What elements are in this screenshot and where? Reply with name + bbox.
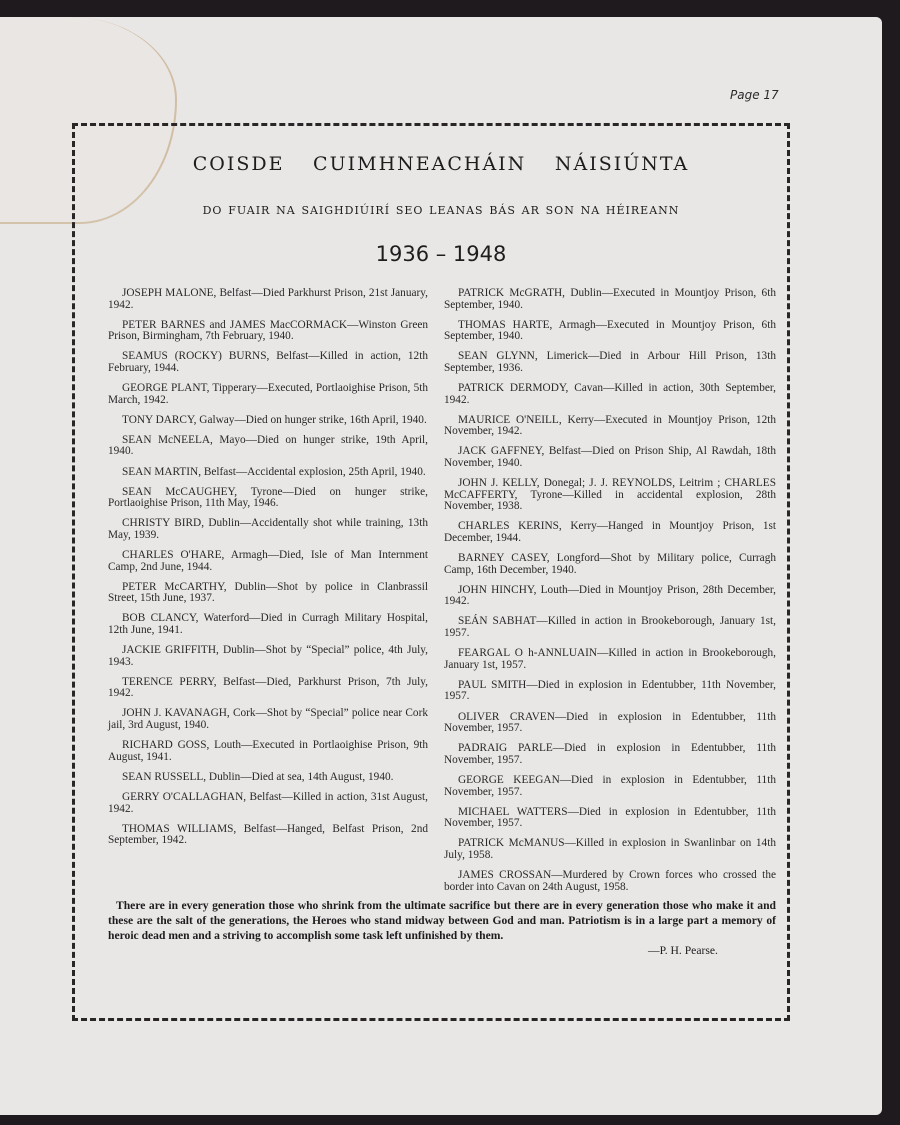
page-number: Page 17 [730,88,779,102]
memorial-entry: SEAN McNEELA, Mayo—Died on hunger strike… [108,435,428,458]
memorial-entry: SEÁN SABHAT—Killed in action in Brookebo… [444,616,776,639]
memorial-entry: CHARLES O'HARE, Armagh—Died, Isle of Man… [108,550,428,573]
memorial-entry: JOHN J. KAVANAGH, Cork—Shot by “Special”… [108,708,428,731]
memorial-entry: CHARLES KERINS, Kerry—Hanged in Mountjoy… [444,521,776,544]
memorial-list-right: PATRICK McGRATH, Dublin—Executed in Moun… [444,288,776,902]
year-range: 1936 – 1948 [0,242,882,266]
memorial-entry: PATRICK McMANUS—Killed in explosion in S… [444,838,776,861]
page-title: Coisde Cuimhneacháin Náisiúnta [0,146,882,177]
page-subtitle: Do fuair na saighdiúirí seo leanas bás a… [0,200,882,218]
memorial-entry: MICHAEL WATTERS—Died in explosion in Ede… [444,807,776,830]
memorial-entry: JOHN J. KELLY, Donegal; J. J. REYNOLDS, … [444,478,776,513]
memorial-entry: GEORGE PLANT, Tipperary—Executed, Portla… [108,383,428,406]
memorial-entry: TERENCE PERRY, Belfast—Died, Parkhurst P… [108,677,428,700]
memorial-entry: SEAN MARTIN, Belfast—Accidental explosio… [108,467,428,479]
memorial-entry: TONY DARCY, Galway—Died on hunger strike… [108,415,428,427]
memorial-entry: FEARGAL O h-ANNLUAIN—Killed in action in… [444,648,776,671]
memorial-entry: SEAN RUSSELL, Dublin—Died at sea, 14th A… [108,772,428,784]
quote-attribution: —P. H. Pearse. [648,944,718,957]
memorial-entry: BOB CLANCY, Waterford—Died in Curragh Mi… [108,613,428,636]
memorial-entry: PATRICK DERMODY, Cavan—Killed in action,… [444,383,776,406]
memorial-entry: PETER BARNES and JAMES MacCORMACK—Winsto… [108,320,428,343]
memorial-entry: JACKIE GRIFFITH, Dublin—Shot by “Special… [108,645,428,668]
memorial-entry: JOHN HINCHY, Louth—Died in Mountjoy Pris… [444,585,776,608]
memorial-entry: MAURICE O'NEILL, Kerry—Executed in Mount… [444,415,776,438]
memorial-entry: PATRICK McGRATH, Dublin—Executed in Moun… [444,288,776,311]
memorial-entry: GERRY O'CALLAGHAN, Belfast—Killed in act… [108,792,428,815]
memorial-entry: CHRISTY BIRD, Dublin—Accidentally shot w… [108,518,428,541]
memorial-entry: SEAN GLYNN, Limerick—Died in Arbour Hill… [444,351,776,374]
memorial-entry: SEAMUS (ROCKY) BURNS, Belfast—Killed in … [108,351,428,374]
memorial-entry: PETER McCARTHY, Dublin—Shot by police in… [108,582,428,605]
memorial-entry: BARNEY CASEY, Longford—Shot by Military … [444,553,776,576]
memorial-entry: THOMAS WILLIAMS, Belfast—Hanged, Belfast… [108,824,428,847]
memorial-entry: SEAN McCAUGHEY, Tyrone—Died on hunger st… [108,487,428,510]
memorial-entry: THOMAS HARTE, Armagh—Executed in Mountjo… [444,320,776,343]
memorial-entry: JOSEPH MALONE, Belfast—Died Parkhurst Pr… [108,288,428,311]
memorial-entry: OLIVER CRAVEN—Died in explosion in Edent… [444,712,776,735]
memorial-list-left: JOSEPH MALONE, Belfast—Died Parkhurst Pr… [108,288,428,855]
memorial-entry: GEORGE KEEGAN—Died in explosion in Edent… [444,775,776,798]
memorial-entry: JAMES CROSSAN—Murdered by Crown forces w… [444,870,776,893]
memorial-entry: PADRAIG PARLE—Died in explosion in Edent… [444,743,776,766]
pearse-quote: There are in every generation those who … [108,898,776,943]
memorial-entry: RICHARD GOSS, Louth—Executed in Portlaoi… [108,740,428,763]
memorial-entry: PAUL SMITH—Died in explosion in Edentubb… [444,680,776,703]
memorial-entry: JACK GAFFNEY, Belfast—Died on Prison Shi… [444,446,776,469]
